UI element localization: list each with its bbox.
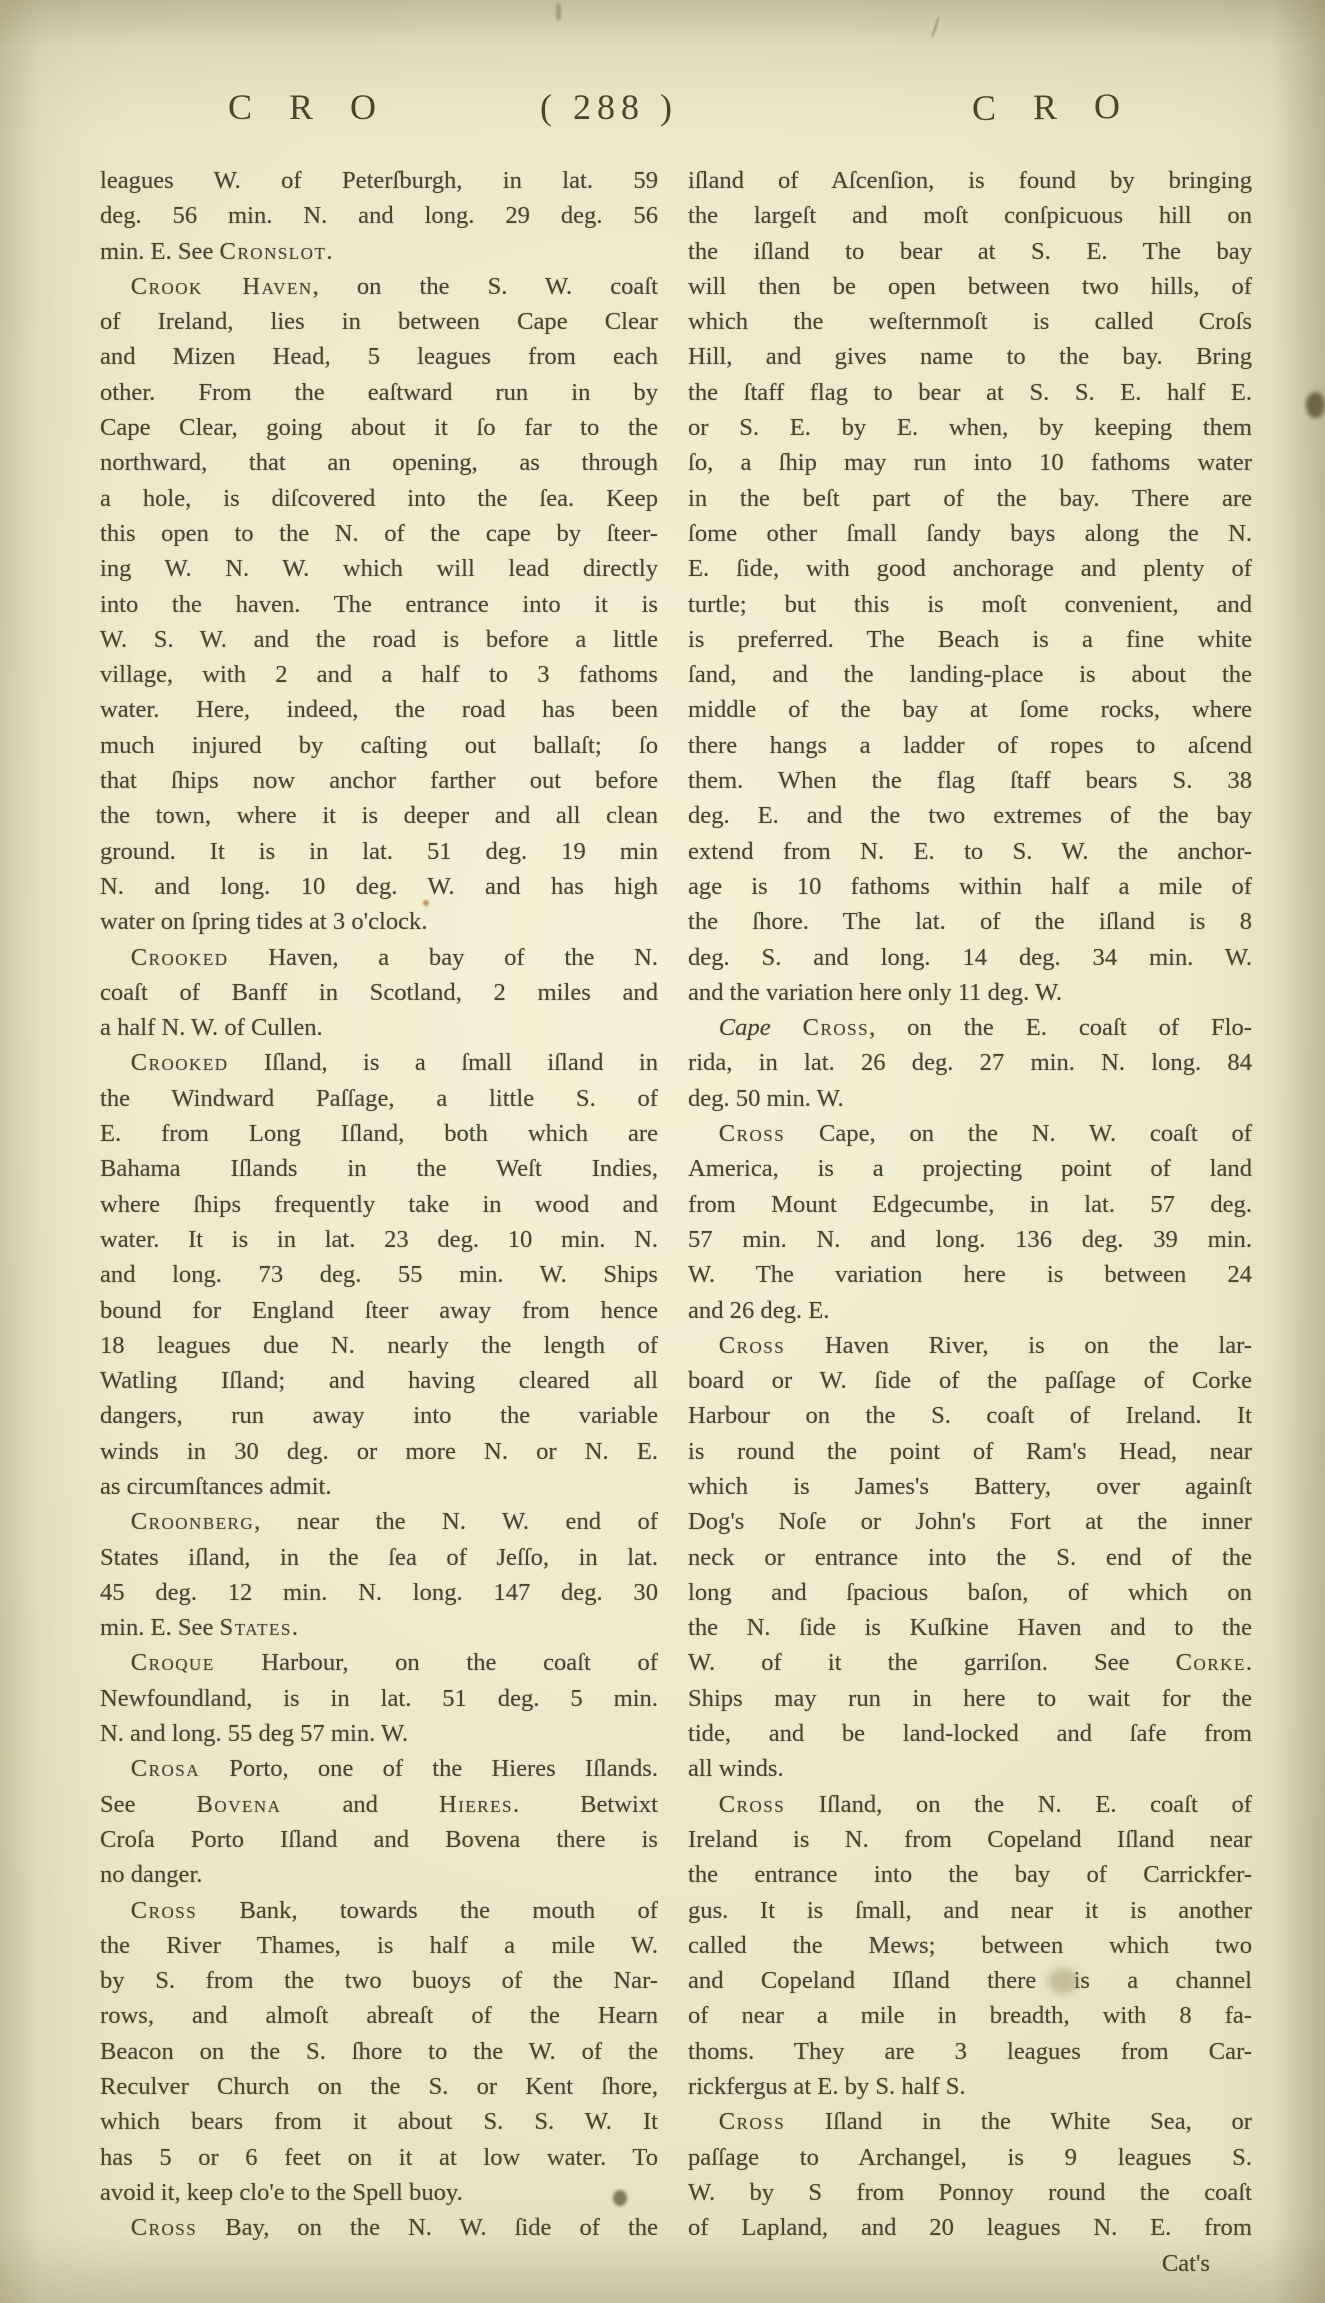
text-line: leagues W. of Peterſburgh, in lat. 59 xyxy=(100,163,658,198)
text-line: 45 deg. 12 min. N. long. 147 deg. 30 xyxy=(100,1575,658,1610)
text-segment: W. by S from Ponnoy round the coaſt xyxy=(688,2179,1252,2206)
headword-smallcaps: Cross xyxy=(719,1791,785,1818)
text-segment: village, with 2 and a half to 3 fathoms xyxy=(100,661,658,688)
text-segment: bound for England ſteer away from hence xyxy=(100,1297,658,1324)
running-header: C R O ( 288 ) C R O xyxy=(0,86,1325,146)
text-line: N. and long. 10 deg. W. and has high xyxy=(100,869,658,904)
text-segment: board or W. ſide of the paſſage of Corke xyxy=(688,1367,1252,1394)
text-line: deg. S. and long. 14 deg. 34 min. W. xyxy=(688,940,1252,975)
text-segment: the entrance into the bay of Carrickfer- xyxy=(688,1861,1252,1888)
text-segment: W. of it the garriſon. See xyxy=(688,1649,1176,1676)
text-segment: as circumſtances admit. xyxy=(100,1473,332,1500)
text-segment: Dog's Noſe or John's Fort at the inner xyxy=(688,1508,1252,1535)
dictionary-entry: Cross Iſland, on the N. E. coaſt ofIrela… xyxy=(688,1787,1252,2105)
text-line: ing W. N. W. which will lead directly xyxy=(100,551,658,586)
text-segment: ſand, and the landing-place is about the xyxy=(688,661,1252,688)
text-line: Harbour on the S. coaſt of Ireland. It xyxy=(688,1398,1252,1433)
text-segment: avoid it, keep clo'e to the Spell buoy. xyxy=(100,2179,463,2206)
text-segment: the largeſt and moſt conſpicuous hill on xyxy=(688,202,1252,229)
text-segment: of Lapland, and 20 leagues N. E. from xyxy=(688,2214,1252,2241)
ink-speck xyxy=(423,900,429,906)
text-segment: and Mizen Head, 5 leagues from each xyxy=(100,343,658,370)
text-line: Cross Iſland, on the N. E. coaſt of xyxy=(688,1787,1252,1822)
text-line: the ſhore. The lat. of the iſland is 8 xyxy=(688,904,1252,939)
text-line: Ireland is N. from Copeland Iſland near xyxy=(688,1822,1252,1857)
text-segment: Bank, towards the mouth of xyxy=(197,1897,658,1924)
text-line: neck or entrance into the S. end of the xyxy=(688,1540,1252,1575)
text-segment: Ships may run in here to wait for the xyxy=(688,1685,1252,1712)
dictionary-entry: Croonberg, near the N. W. end ofStates i… xyxy=(100,1504,658,1645)
text-segment: W. S. W. and the road is before a little xyxy=(100,626,658,653)
text-line: W. S. W. and the road is before a little xyxy=(100,622,658,657)
text-segment: them. When the flag ſtaff bears S. 38 xyxy=(688,767,1252,794)
text-line: the entrance into the bay of Carrickfer- xyxy=(688,1857,1252,1892)
text-line: ſome other ſmall ſandy bays along the N. xyxy=(688,516,1252,551)
text-segment: will then be open between two hills, of xyxy=(688,273,1252,300)
text-segment: , on the S. W. coaſt xyxy=(313,273,658,300)
text-segment: Croſa Porto Iſland and Bovena there is xyxy=(100,1826,658,1853)
paper-smudge xyxy=(1048,1968,1078,1994)
text-line: a hole, is diſcovered into the ſea. Keep xyxy=(100,481,658,516)
text-line: Dog's Noſe or John's Fort at the inner xyxy=(688,1504,1252,1539)
text-segment: ing W. N. W. which will lead directly xyxy=(100,555,658,582)
text-line: in the beſt part of the bay. There are xyxy=(688,481,1252,516)
text-segment: this open to the N. of the cape by ſteer… xyxy=(100,520,658,547)
text-line: avoid it, keep clo'e to the Spell buoy. xyxy=(100,2175,658,2210)
text-line: Crosa Porto, one of the Hieres Iſlands. xyxy=(100,1751,658,1786)
text-segment: by S. from the two buoys of the Nar- xyxy=(100,1967,658,1994)
text-line: Bahama Iſlands in the Weſt Indies, xyxy=(100,1151,658,1186)
text-line: Croonberg, near the N. W. end of xyxy=(100,1504,658,1539)
text-line: from Mount Edgecumbe, in lat. 57 deg. xyxy=(688,1187,1252,1222)
text-line: the Windward Paſſage, a little S. of xyxy=(100,1081,658,1116)
text-segment: N. and long. 10 deg. W. and has high xyxy=(100,873,658,900)
text-segment: Bahama Iſlands in the Weſt Indies, xyxy=(100,1155,658,1182)
text-column-right: iſland of Aſcenſion, is found by bringin… xyxy=(688,163,1252,2281)
text-line: States iſland, in the ſea of Jeſſo, in l… xyxy=(100,1540,658,1575)
text-line: is round the point of Ram's Head, near xyxy=(688,1434,1252,1469)
text-line: deg. E. and the two extremes of the bay xyxy=(688,798,1252,833)
text-segment: , near the N. W. end of xyxy=(254,1508,658,1535)
headword-smallcaps: Cronslot xyxy=(220,238,327,265)
text-segment: which bears from it about S. S. W. It xyxy=(100,2108,658,2135)
headword-smallcaps: Crooked xyxy=(131,944,229,971)
text-line: has 5 or 6 feet on it at low water. To xyxy=(100,2140,658,2175)
text-segment: tide, and be land-locked and ſafe from xyxy=(688,1720,1252,1747)
dictionary-entry: Cross Cape, on the N. W. coaſt ofAmerica… xyxy=(688,1116,1252,1328)
text-segment: Cape, on the N. W. coaſt of xyxy=(785,1120,1252,1147)
text-segment: the Windward Paſſage, a little S. of xyxy=(100,1085,658,1112)
headword-smallcaps: Crooked xyxy=(131,1049,229,1076)
dictionary-entry: Cross Iſland in the White Sea, orpaſſage… xyxy=(688,2104,1252,2245)
text-segment: of Ireland, lies in between Cape Clear xyxy=(100,308,658,335)
headword-smallcaps: Corke xyxy=(1176,1649,1246,1676)
text-segment: age is 10 fathoms within half a mile of xyxy=(688,873,1252,900)
text-line: long and ſpacious baſon, of which on xyxy=(688,1575,1252,1610)
text-segment: States iſland, in the ſea of Jeſſo, in l… xyxy=(100,1544,658,1571)
text-line: which the weſternmoſt is called Croſs xyxy=(688,304,1252,339)
text-line: winds in 30 deg. or more N. or N. E. xyxy=(100,1434,658,1469)
scanned-book-page: C R O ( 288 ) C R O leagues W. of Peterſ… xyxy=(0,0,1325,2303)
text-segment: . Betwixt xyxy=(513,1791,658,1818)
text-segment: middle of the bay at ſome rocks, where xyxy=(688,696,1252,723)
text-segment: ſo, a ſhip may run into 10 fathoms water xyxy=(688,449,1252,476)
text-line: Cross Bay, on the N. W. ſide of the xyxy=(100,2210,658,2245)
dictionary-entry: Cross Haven River, is on the lar-board o… xyxy=(688,1328,1252,1787)
headword-smallcaps: Cross xyxy=(131,1897,197,1924)
text-line: Cross Bank, towards the mouth of xyxy=(100,1893,658,1928)
text-segment: iſland of Aſcenſion, is found by bringin… xyxy=(688,167,1252,194)
text-line: deg. 56 min. N. and long. 29 deg. 56 xyxy=(100,198,658,233)
text-segment: Harbour on the S. coaſt of Ireland. It xyxy=(688,1402,1252,1429)
text-line: rida, in lat. 26 deg. 27 min. N. long. 8… xyxy=(688,1045,1252,1080)
text-segment: 45 deg. 12 min. N. long. 147 deg. 30 xyxy=(100,1579,658,1606)
text-line: of Lapland, and 20 leagues N. E. from xyxy=(688,2210,1252,2245)
text-line: Hill, and gives name to the bay. Bring xyxy=(688,339,1252,374)
text-line: paſſage to Archangel, is 9 leagues S. xyxy=(688,2140,1252,2175)
text-segment: rida, in lat. 26 deg. 27 min. N. long. 8… xyxy=(688,1049,1252,1076)
text-line: gus. It is ſmall, and near it is another xyxy=(688,1893,1252,1928)
text-line: much injured by caſting out ballaſt; ſo xyxy=(100,728,658,763)
text-column-left: leagues W. of Peterſburgh, in lat. 59deg… xyxy=(100,163,658,2246)
text-segment: . xyxy=(1246,1649,1252,1676)
headword-smallcaps: Cross xyxy=(131,2214,197,2241)
headword-smallcaps: Bovena xyxy=(197,1791,282,1818)
text-line: bound for England ſteer away from hence xyxy=(100,1293,658,1328)
text-line: dangers, run away into the variable xyxy=(100,1398,658,1433)
text-segment: which is James's Battery, over againſt xyxy=(688,1473,1252,1500)
dictionary-entry: Crooked Haven, a bay of the N.coaſt of B… xyxy=(100,940,658,1046)
text-line: them. When the flag ſtaff bears S. 38 xyxy=(688,763,1252,798)
text-segment: min. E. See xyxy=(100,1614,220,1641)
text-line: 18 leagues due N. nearly the length of xyxy=(100,1328,658,1363)
text-line: board or W. ſide of the paſſage of Corke xyxy=(688,1363,1252,1398)
text-line: a half N. W. of Cullen. xyxy=(100,1010,658,1045)
text-segment: much injured by caſting out ballaſt; ſo xyxy=(100,732,658,759)
text-line: 57 min. N. and long. 136 deg. 39 min. xyxy=(688,1222,1252,1257)
text-line: the iſland to bear at S. E. The bay xyxy=(688,234,1252,269)
text-line: age is 10 fathoms within half a mile of xyxy=(688,869,1252,904)
text-segment: extend from N. E. to S. W. the anchor- xyxy=(688,838,1252,865)
headword-smallcaps: Cross xyxy=(803,1014,869,1041)
text-line: deg. 50 min. W. xyxy=(688,1081,1252,1116)
text-segment: , on the E. coaſt of Flo- xyxy=(869,1014,1252,1041)
text-segment: See xyxy=(100,1791,197,1818)
headword-smallcaps: Crook Haven xyxy=(131,273,313,300)
text-line: tide, and be land-locked and ſafe from xyxy=(688,1716,1252,1751)
header-right-keyword: C R O xyxy=(972,85,1135,129)
text-segment: . xyxy=(292,1614,298,1641)
text-line: Croque Harbour, on the coaſt of xyxy=(100,1645,658,1680)
text-segment: northward, that an opening, as through xyxy=(100,449,658,476)
text-segment: the ſhore. The lat. of the iſland is 8 xyxy=(688,908,1252,935)
text-line: Cape Clear, going about it ſo far to the xyxy=(100,410,658,445)
scan-mark-slash xyxy=(931,16,941,38)
text-segment: into the haven. The entrance into it is xyxy=(100,591,658,618)
text-line: W. of it the garriſon. See Corke. xyxy=(688,1645,1252,1680)
ink-blot xyxy=(613,2190,627,2206)
text-line: Crooked Haven, a bay of the N. xyxy=(100,940,658,975)
text-segment: the N. ſide is Kuſkine Haven and to the xyxy=(688,1614,1252,1641)
text-line: iſland of Aſcenſion, is found by bringin… xyxy=(688,163,1252,198)
text-segment: deg. E. and the two extremes of the bay xyxy=(688,802,1252,829)
text-segment: Iſland in the White Sea, or xyxy=(785,2108,1252,2135)
headword-smallcaps: Crosa xyxy=(131,1755,200,1782)
text-segment: Haven River, is on the lar- xyxy=(785,1332,1252,1359)
text-segment: turtle; but this is moſt convenient, and xyxy=(688,591,1252,618)
text-line: extend from N. E. to S. W. the anchor- xyxy=(688,834,1252,869)
text-segment: is preferred. The Beach is a fine white xyxy=(688,626,1252,653)
text-segment: long and ſpacious baſon, of which on xyxy=(688,1579,1252,1606)
text-line: W. The variation here is between 24 xyxy=(688,1257,1252,1292)
dictionary-entry: leagues W. of Peterſburgh, in lat. 59deg… xyxy=(100,163,658,269)
text-segment: neck or entrance into the S. end of the xyxy=(688,1544,1252,1571)
headword-smallcaps: Croonberg xyxy=(131,1508,254,1535)
text-segment: in the beſt part of the bay. There are xyxy=(688,485,1252,512)
text-segment: called the Mews; between which two xyxy=(688,1932,1252,1959)
text-line: water. Here, indeed, the road has been xyxy=(100,692,658,727)
dictionary-entry: Crooked Iſland, is a ſmall iſland inthe … xyxy=(100,1045,658,1504)
text-line: W. by S from Ponnoy round the coaſt xyxy=(688,2175,1252,2210)
text-segment: the ſtaff flag to bear at S. S. E. half … xyxy=(688,379,1252,406)
text-segment: and the variation here only 11 deg. W. xyxy=(688,979,1062,1006)
text-segment: deg. 50 min. W. xyxy=(688,1085,844,1112)
text-segment: Bay, on the N. W. ſide of the xyxy=(197,2214,658,2241)
headword-smallcaps: Cross xyxy=(719,2108,785,2135)
text-line: Newfoundland, is in lat. 51 deg. 5 min. xyxy=(100,1681,658,1716)
text-segment: the iſland to bear at S. E. The bay xyxy=(688,238,1252,265)
text-line: America, is a projecting point of land xyxy=(688,1151,1252,1186)
headword-smallcaps: Cross xyxy=(719,1120,785,1147)
text-line: all winds. xyxy=(688,1751,1252,1786)
text-segment: Haven, a bay of the N. xyxy=(229,944,659,971)
text-segment: E. ſide, with good anchorage and plenty … xyxy=(688,555,1252,582)
dictionary-entry: Crook Haven, on the S. W. coaſtof Irelan… xyxy=(100,269,658,940)
text-segment: . xyxy=(326,238,332,265)
text-line: village, with 2 and a half to 3 fathoms xyxy=(100,657,658,692)
dictionary-entry: Croque Harbour, on the coaſt ofNewfoundl… xyxy=(100,1645,658,1751)
text-line: there hangs a ladder of ropes to aſcend xyxy=(688,728,1252,763)
text-line: water on ſpring tides at 3 o'clock. xyxy=(100,904,658,939)
text-segment: is round the point of Ram's Head, near xyxy=(688,1438,1252,1465)
text-segment: deg. S. and long. 14 deg. 34 min. W. xyxy=(688,944,1252,971)
text-line: Watling Iſland; and having cleared all xyxy=(100,1363,658,1398)
text-segment: all winds. xyxy=(688,1755,784,1782)
text-line: ſand, and the landing-place is about the xyxy=(688,657,1252,692)
page-edge-stain xyxy=(1306,392,1325,418)
text-segment: rickfergus at E. by S. half S. xyxy=(688,2073,966,2100)
text-line: water. It is in lat. 23 deg. 10 min. N. xyxy=(100,1222,658,1257)
dictionary-entry: Cross Bank, towards the mouth ofthe Rive… xyxy=(100,1893,658,2211)
text-line: which bears from it about S. S. W. It xyxy=(100,2104,658,2139)
text-line: the N. ſide is Kuſkine Haven and to the xyxy=(688,1610,1252,1645)
text-segment: and 26 deg. E. xyxy=(688,1297,829,1324)
text-line: ſo, a ſhip may run into 10 fathoms water xyxy=(688,445,1252,480)
text-line: no danger. xyxy=(100,1857,658,1892)
text-line: is preferred. The Beach is a fine white xyxy=(688,622,1252,657)
text-segment: E. from Long Iſland, both which are xyxy=(100,1120,658,1147)
text-segment: coaſt of Banff in Scotland, 2 miles and xyxy=(100,979,658,1006)
text-segment: Newfoundland, is in lat. 51 deg. 5 min. xyxy=(100,1685,658,1712)
text-segment: the town, where it is deeper and all cle… xyxy=(100,802,658,829)
text-segment: W. The variation here is between 24 xyxy=(688,1261,1252,1288)
text-line: rows, and almoſt abreaſt of the Hearn xyxy=(100,1998,658,2033)
text-segment: that ſhips now anchor farther out before xyxy=(100,767,658,794)
text-line: Cross Cape, on the N. W. coaſt of xyxy=(688,1116,1252,1151)
text-segment: Ireland is N. from Copeland Iſland near xyxy=(688,1826,1252,1853)
text-segment: winds in 30 deg. or more N. or N. E. xyxy=(100,1438,658,1465)
text-line: ground. It is in lat. 51 deg. 19 min xyxy=(100,834,658,869)
text-line: and Copeland Iſland there is a channel xyxy=(688,1963,1252,1998)
catchword: Cat's xyxy=(688,2246,1252,2281)
text-line: E. from Long Iſland, both which are xyxy=(100,1116,658,1151)
text-line: as circumſtances admit. xyxy=(100,1469,658,1504)
text-line: and long. 73 deg. 55 min. W. Ships xyxy=(100,1257,658,1292)
text-segment: a hole, is diſcovered into the ſea. Keep xyxy=(100,485,658,512)
text-line: where ſhips frequently take in wood and xyxy=(100,1187,658,1222)
text-segment: water. Here, indeed, the road has been xyxy=(100,696,658,723)
text-line: and 26 deg. E. xyxy=(688,1293,1252,1328)
dictionary-entry: Cape Cross, on the E. coaſt of Flo-rida,… xyxy=(688,1010,1252,1116)
text-line: called the Mews; between which two xyxy=(688,1928,1252,1963)
text-line: will then be open between two hills, of xyxy=(688,269,1252,304)
text-segment: and xyxy=(281,1791,439,1818)
text-segment: Cape Clear, going about it ſo far to the xyxy=(100,414,658,441)
text-segment: where ſhips frequently take in wood and xyxy=(100,1191,658,1218)
dictionary-entry: iſland of Aſcenſion, is found by bringin… xyxy=(688,163,1252,1010)
text-segment: and long. 73 deg. 55 min. W. Ships xyxy=(100,1261,658,1288)
text-line: and the variation here only 11 deg. W. xyxy=(688,975,1252,1010)
text-line: of Ireland, lies in between Cape Clear xyxy=(100,304,658,339)
text-segment: min. E. See xyxy=(100,238,220,265)
text-segment: or S. E. by E. when, by keeping them xyxy=(688,414,1252,441)
text-segment: Porto, one of the Hieres Iſlands. xyxy=(200,1755,658,1782)
text-segment: leagues W. of Peterſburgh, in lat. 59 xyxy=(100,167,658,194)
text-segment: water on ſpring tides at 3 o'clock. xyxy=(100,908,427,935)
text-line: min. E. See Cronslot. xyxy=(100,234,658,269)
page-number: ( 288 ) xyxy=(540,86,678,128)
text-line: Crooked Iſland, is a ſmall iſland in xyxy=(100,1045,658,1080)
text-segment: and Copeland Iſland there is a channel xyxy=(688,1967,1252,1994)
text-line: Cross Iſland in the White Sea, or xyxy=(688,2104,1252,2139)
text-line: rickfergus at E. by S. half S. xyxy=(688,2069,1252,2104)
text-segment: from Mount Edgecumbe, in lat. 57 deg. xyxy=(688,1191,1252,1218)
text-line: the ſtaff flag to bear at S. S. E. half … xyxy=(688,375,1252,410)
text-segment: Cape xyxy=(719,1014,803,1041)
text-line: Croſa Porto Iſland and Bovena there is xyxy=(100,1822,658,1857)
text-segment: Watling Iſland; and having cleared all xyxy=(100,1367,658,1394)
headword-smallcaps: States xyxy=(220,1614,292,1641)
text-segment: deg. 56 min. N. and long. 29 deg. 56 xyxy=(100,202,658,229)
text-segment: 57 min. N. and long. 136 deg. 39 min. xyxy=(688,1226,1252,1253)
text-segment: dangers, run away into the variable xyxy=(100,1402,658,1429)
text-line: by S. from the two buoys of the Nar- xyxy=(100,1963,658,1998)
text-segment: of near a mile in breadth, with 8 fa- xyxy=(688,2002,1252,2029)
text-line: Cross Haven River, is on the lar- xyxy=(688,1328,1252,1363)
text-segment: water. It is in lat. 23 deg. 10 min. N. xyxy=(100,1226,658,1253)
text-segment: no danger. xyxy=(100,1861,202,1888)
text-line: this open to the N. of the cape by ſteer… xyxy=(100,516,658,551)
text-segment: ſome other ſmall ſandy bays along the N. xyxy=(688,520,1252,547)
text-line: Ships may run in here to wait for the xyxy=(688,1681,1252,1716)
text-line: the largeſt and moſt conſpicuous hill on xyxy=(688,198,1252,233)
text-segment: the River Thames, is half a mile W. xyxy=(100,1932,658,1959)
text-segment: Beacon on the S. ſhore to the W. of the xyxy=(100,2038,658,2065)
text-line: and Mizen Head, 5 leagues from each xyxy=(100,339,658,374)
text-line: northward, that an opening, as through xyxy=(100,445,658,480)
headword-smallcaps: Hieres xyxy=(439,1791,513,1818)
text-line: of near a mile in breadth, with 8 fa- xyxy=(688,1998,1252,2033)
text-line: the town, where it is deeper and all cle… xyxy=(100,798,658,833)
text-line: N. and long. 55 deg 57 min. W. xyxy=(100,1716,658,1751)
text-line: min. E. See States. xyxy=(100,1610,658,1645)
text-line: Reculver Church on the S. or Kent ſhore, xyxy=(100,2069,658,2104)
text-segment: other. From the eaſtward run in by xyxy=(100,379,658,406)
text-line: middle of the bay at ſome rocks, where xyxy=(688,692,1252,727)
text-segment: has 5 or 6 feet on it at low water. To xyxy=(100,2144,658,2171)
scan-mark-top xyxy=(556,4,561,20)
text-line: turtle; but this is moſt convenient, and xyxy=(688,587,1252,622)
text-segment: a half N. W. of Cullen. xyxy=(100,1014,323,1041)
text-segment: gus. It is ſmall, and near it is another xyxy=(688,1897,1252,1924)
text-segment: rows, and almoſt abreaſt of the Hearn xyxy=(100,2002,658,2029)
headword-smallcaps: Cross xyxy=(719,1332,785,1359)
text-segment: Iſland, on the N. E. coaſt of xyxy=(785,1791,1252,1818)
text-segment: Iſland, is a ſmall iſland in xyxy=(229,1049,659,1076)
text-line: that ſhips now anchor farther out before xyxy=(100,763,658,798)
text-line: which is James's Battery, over againſt xyxy=(688,1469,1252,1504)
text-segment: Hill, and gives name to the bay. Bring xyxy=(688,343,1252,370)
text-segment: ground. It is in lat. 51 deg. 19 min xyxy=(100,838,658,865)
text-line: Cape Cross, on the E. coaſt of Flo- xyxy=(688,1010,1252,1045)
dictionary-entry: Cross Bay, on the N. W. ſide of the xyxy=(100,2210,658,2245)
text-line: Beacon on the S. ſhore to the W. of the xyxy=(100,2034,658,2069)
text-segment: which the weſternmoſt is called Croſs xyxy=(688,308,1252,335)
text-segment: Harbour, on the coaſt of xyxy=(215,1649,658,1676)
text-line: other. From the eaſtward run in by xyxy=(100,375,658,410)
text-line: See Bovena and Hieres. Betwixt xyxy=(100,1787,658,1822)
text-line: E. ſide, with good anchorage and plenty … xyxy=(688,551,1252,586)
header-left-keyword: C R O xyxy=(228,86,390,128)
text-segment: 18 leagues due N. nearly the length of xyxy=(100,1332,658,1359)
text-segment: America, is a projecting point of land xyxy=(688,1155,1252,1182)
text-segment: N. and long. 55 deg 57 min. W. xyxy=(100,1720,408,1747)
text-segment: there hangs a ladder of ropes to aſcend xyxy=(688,732,1252,759)
text-line: into the haven. The entrance into it is xyxy=(100,587,658,622)
text-line: the River Thames, is half a mile W. xyxy=(100,1928,658,1963)
text-line: coaſt of Banff in Scotland, 2 miles and xyxy=(100,975,658,1010)
text-segment: paſſage to Archangel, is 9 leagues S. xyxy=(688,2144,1252,2171)
dictionary-entry: Crosa Porto, one of the Hieres Iſlands.S… xyxy=(100,1751,658,1892)
text-segment: Reculver Church on the S. or Kent ſhore, xyxy=(100,2073,658,2100)
text-segment: thoms. They are 3 leagues from Car- xyxy=(688,2038,1252,2065)
text-line: Crook Haven, on the S. W. coaſt xyxy=(100,269,658,304)
text-line: or S. E. by E. when, by keeping them xyxy=(688,410,1252,445)
headword-smallcaps: Croque xyxy=(131,1649,215,1676)
text-line: thoms. They are 3 leagues from Car- xyxy=(688,2034,1252,2069)
